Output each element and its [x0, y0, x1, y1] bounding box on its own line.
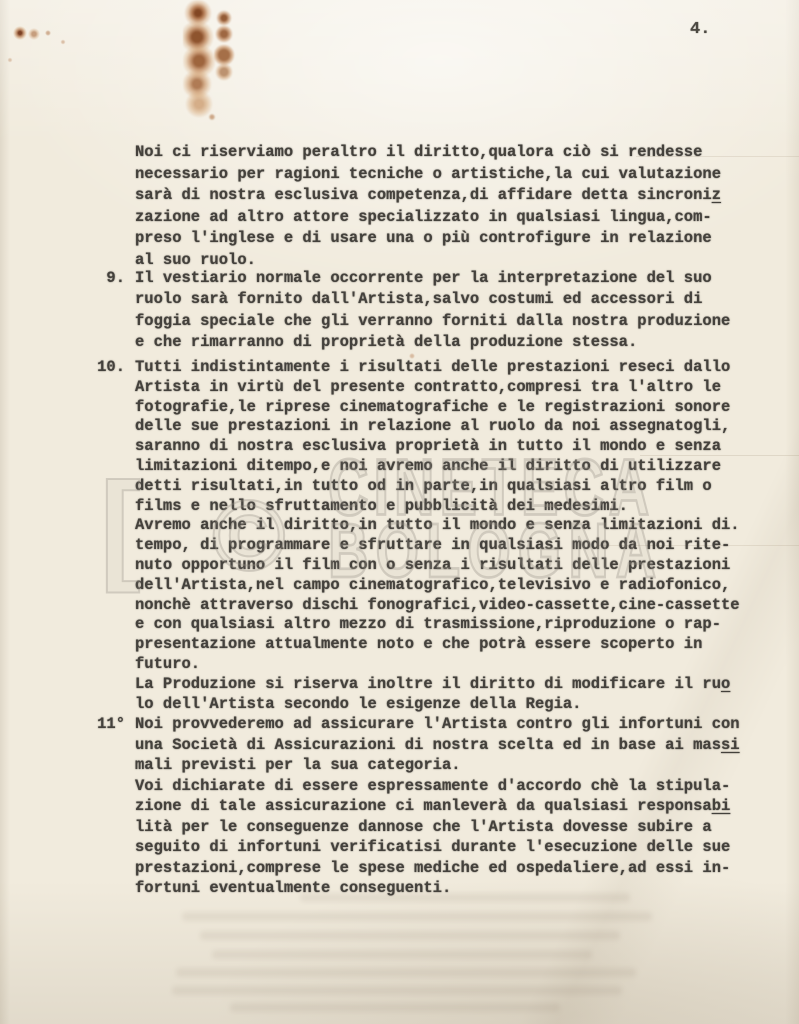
text-line: zazione ad altro attore specializzato in… — [135, 207, 775, 229]
continuation-underline: z — [712, 186, 721, 204]
text-line: lità per le conseguenze dannose che l'Ar… — [135, 817, 775, 838]
text-line: presentazione attualmente noto e che pot… — [135, 635, 775, 655]
paragraph-intro: Noi ci riserviamo peraltro il diritto,qu… — [135, 142, 775, 272]
paragraph-item-9: 9.Il vestiario normale occorrente per la… — [135, 268, 775, 354]
text-line: Noi ci riserviamo peraltro il diritto,qu… — [135, 142, 775, 164]
text-line: Artista in virtù del presente contratto,… — [135, 378, 775, 398]
text-line: La Produzione si riserva inoltre il diri… — [135, 675, 775, 695]
text-line: lo dell'Artista secondo le esigenze dell… — [135, 695, 775, 715]
continuation-underline: si — [721, 736, 740, 754]
paragraph-item-10: 10.Tutti indistintamente i risultati del… — [135, 358, 775, 714]
text-line: foggia speciale che gli verranno forniti… — [135, 311, 775, 332]
text-line: Tutti indistintamente i risultati delle … — [135, 358, 775, 378]
text-line: mali previsti per la sua categoria. — [135, 755, 775, 776]
text-line: detti risultati,in tutto od in parte,in … — [135, 477, 775, 497]
text-line: dell'Artista,nel campo cinematografico,t… — [135, 576, 775, 596]
continuation-underline: bi — [712, 797, 731, 815]
text-line: tempo, di programmare e sfruttare in qua… — [135, 536, 775, 556]
text-line: sarà di nostra esclusiva competenza,di a… — [135, 185, 775, 207]
text-line: seguito di infortuni verificatisi durant… — [135, 837, 775, 858]
text-line: nuto opportuno il film con o senza i ris… — [135, 556, 775, 576]
text-line: futuro. — [135, 655, 775, 675]
paragraph-item-11: 11°Noi provvederemo ad assicurare l'Arti… — [135, 714, 775, 899]
text-line: Avremo anche il diritto,in tutto il mond… — [135, 516, 775, 536]
text-line: una Società di Assicurazioni di nostra s… — [135, 735, 775, 756]
text-line: nonchè attraverso dischi fonografici,vid… — [135, 596, 775, 616]
text-line: films e nello sfruttamento e pubblicità … — [135, 497, 775, 517]
text-line: e con qualsiasi altro mezzo di trasmissi… — [135, 615, 775, 635]
text-line: fotografie,le riprese cinematografiche e… — [135, 398, 775, 418]
item-marker: 11° — [93, 714, 125, 735]
text-line: e che rimarranno di proprietà della prod… — [135, 332, 775, 353]
text-line: saranno di nostra esclusiva proprietà in… — [135, 437, 775, 457]
text-line: necessario per ragioni tecniche o artist… — [135, 164, 775, 186]
text-line: Voi dichiarate di essere espressamente d… — [135, 776, 775, 797]
text-line: preso l'inglese e di usare una o più con… — [135, 228, 775, 250]
scanned-contract-page: 4. Noi ci riserviamo peraltro il diritto… — [0, 0, 799, 1024]
document-body: Noi ci riserviamo peraltro il diritto,qu… — [0, 0, 799, 1024]
continuation-underline: o — [721, 675, 730, 693]
text-line: limitazioni ditempo,e noi avremo anche i… — [135, 457, 775, 477]
text-line: prestazioni,comprese le spese mediche ed… — [135, 858, 775, 879]
item-marker: 10. — [93, 358, 125, 378]
item-marker: 9. — [93, 268, 125, 289]
text-line: zione di tale assicurazione ci manleverà… — [135, 796, 775, 817]
text-line: ruolo sarà fornito dall'Artista,salvo co… — [135, 289, 775, 310]
text-line: fortuni eventualmente conseguenti. — [135, 878, 775, 899]
text-line: Il vestiario normale occorrente per la i… — [135, 268, 775, 289]
text-line: delle sue prestazioni in relazione al ru… — [135, 417, 775, 437]
text-line: Noi provvederemo ad assicurare l'Artista… — [135, 714, 775, 735]
